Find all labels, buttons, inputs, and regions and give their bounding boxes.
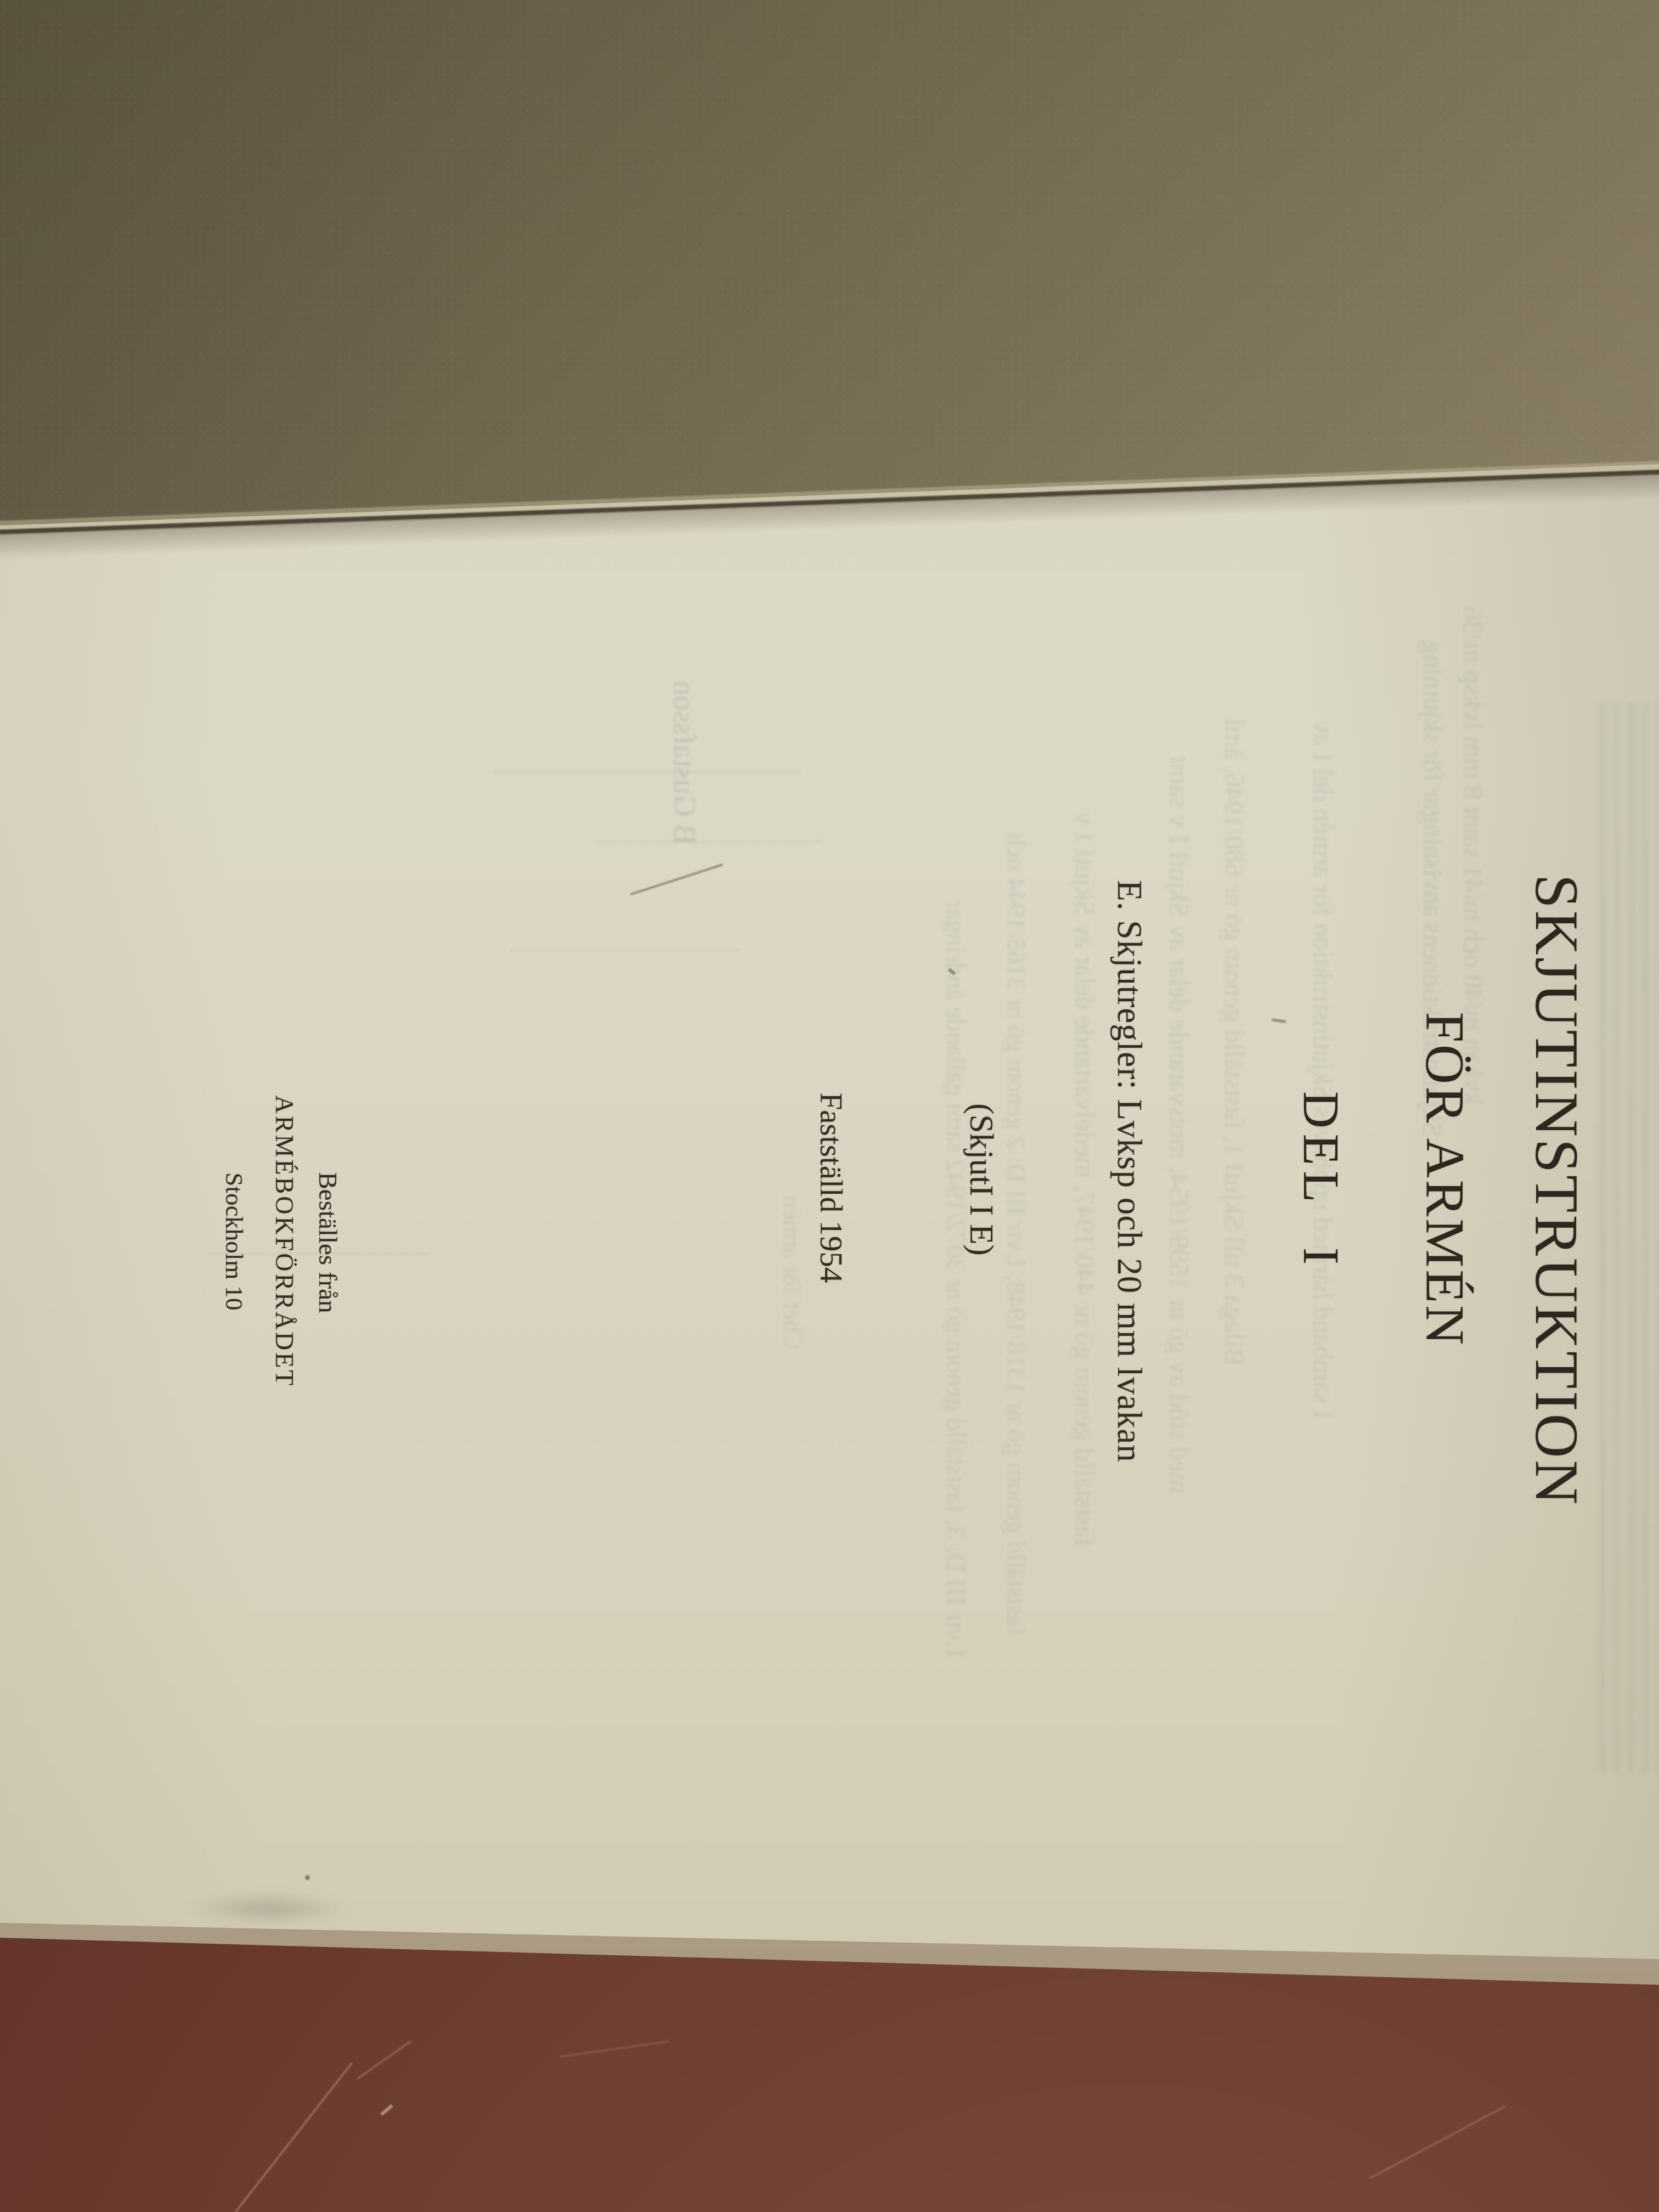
bleedthrough-signature: B Gustafsson bbox=[667, 680, 702, 845]
photo-of-book-title-page: Skjutinstruktionens anvisningar för skju… bbox=[0, 0, 1659, 2212]
ordering-line-2: ARMÉBOKFÖRRÅDET bbox=[270, 1096, 299, 1388]
paper-crease bbox=[510, 949, 741, 951]
bleedthrough-office-line: Chef för armén bbox=[778, 1196, 807, 1350]
book-title: SKJUTINSTRUKTION bbox=[1521, 874, 1592, 1507]
paper-crease bbox=[494, 771, 801, 773]
bleedthrough-line: fastställd genom gö nr 1318/1948; Lvtr I… bbox=[1001, 833, 1031, 1635]
established-year: Fastställd 1954 bbox=[813, 1093, 849, 1283]
book-subtitle: FÖR ARMÉN bbox=[1414, 1012, 1477, 1347]
bleedthrough-line: med stöd av gö nr 1599/1954, motsvarande… bbox=[1164, 755, 1195, 1494]
bleedthrough-line: Lvtr III D: 3, fastställd genom gö nr 30… bbox=[941, 899, 971, 1657]
bleedthrough-line: Bilaga 3 till SkjutI 1, fastställd genom… bbox=[1218, 719, 1250, 1366]
part-label: DEL I bbox=[1291, 1091, 1351, 1270]
abbreviation: (SkjutI I E) bbox=[962, 1103, 1000, 1256]
ordering-line-1: Beställes från bbox=[313, 1172, 342, 1313]
ordering-line-3: Stockholm 10 bbox=[220, 1172, 249, 1310]
bleedthrough-line: fastställd genom gö nr 440/1947, medelva… bbox=[1069, 812, 1101, 1547]
paper-speck bbox=[305, 1875, 310, 1880]
paper-smudge bbox=[187, 1893, 351, 1925]
paper-crease bbox=[592, 840, 823, 843]
section-title: E. Skjutregler: Lvksp och 20 mm lvakan bbox=[1109, 880, 1149, 1463]
bleedthrough-line: I samband härmed upphäves Skjutinstrukti… bbox=[1307, 720, 1339, 1420]
